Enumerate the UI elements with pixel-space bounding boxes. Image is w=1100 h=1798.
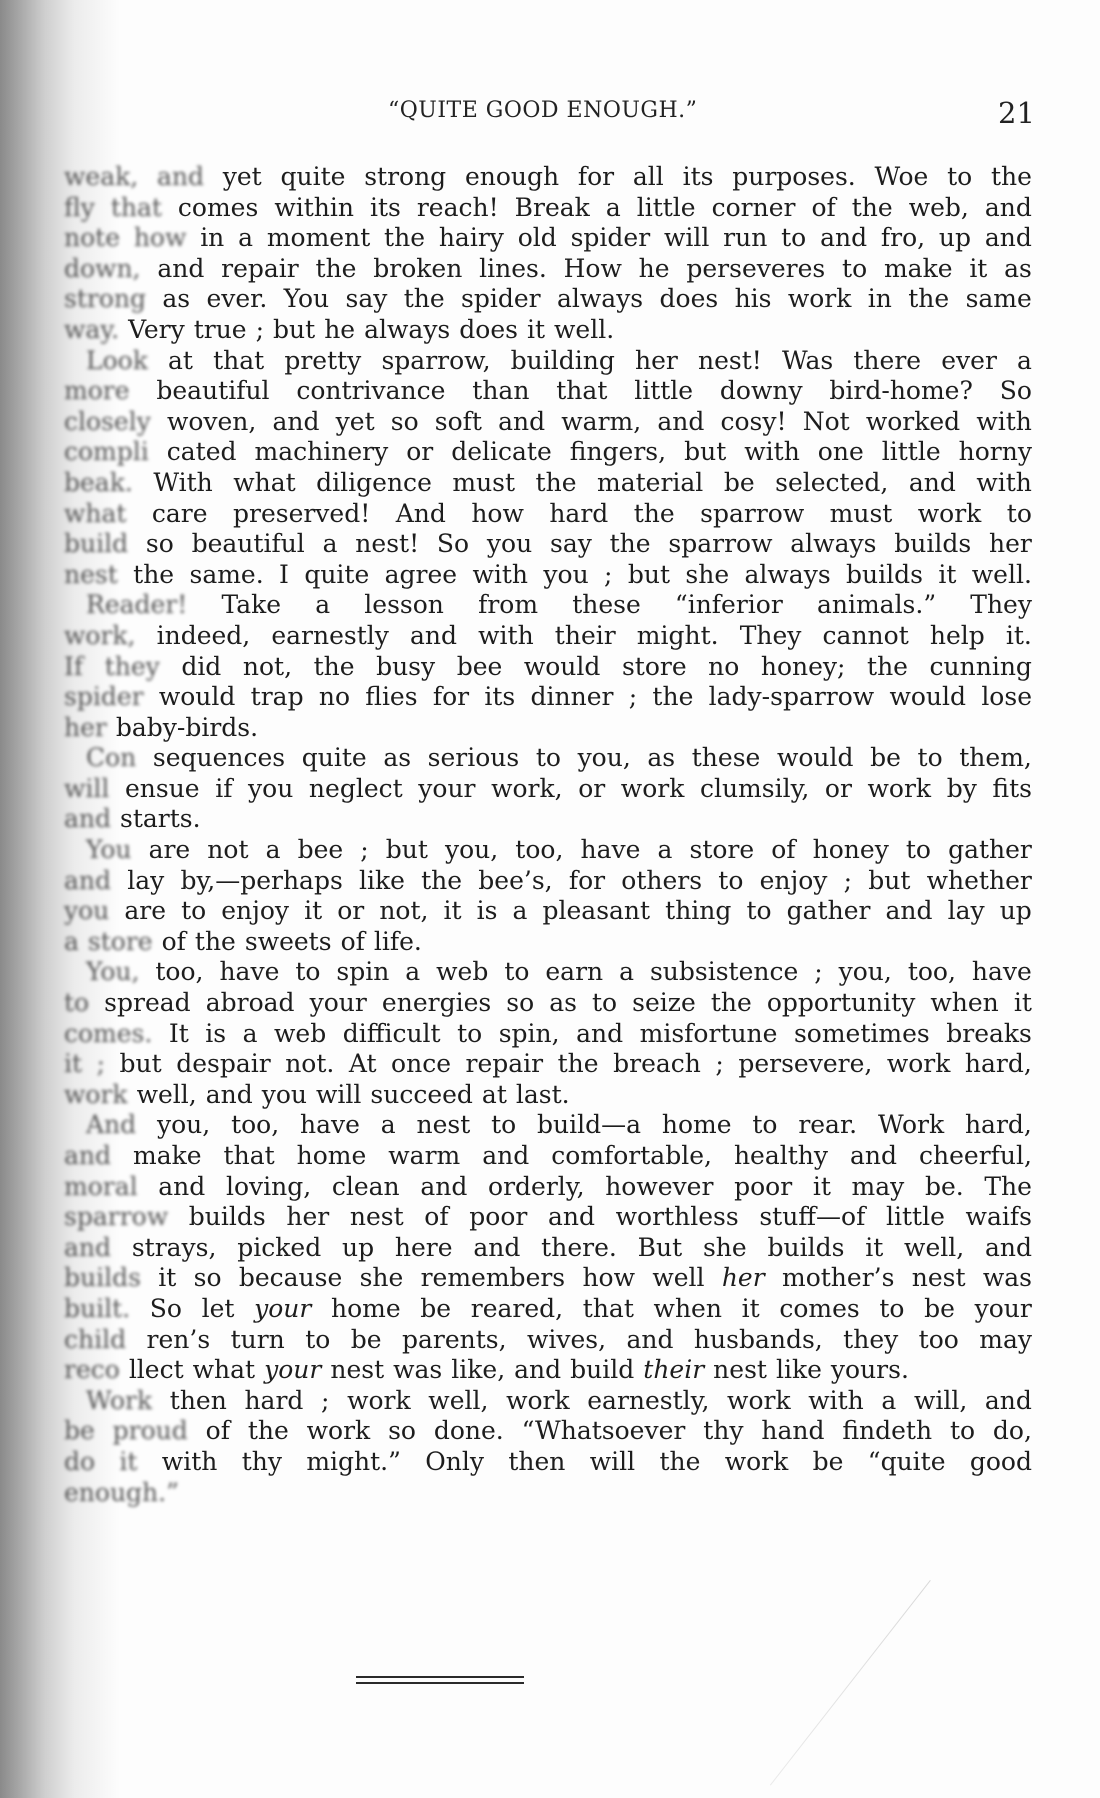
word: work, — [64, 621, 136, 652]
text-line: youaretoenjoyitornot,itisapleasantthingt… — [64, 896, 1032, 927]
word: or — [578, 774, 605, 805]
word: Look — [86, 346, 148, 377]
word: you — [262, 1080, 307, 1111]
word: within — [274, 193, 354, 224]
word: earnestly, — [587, 1386, 709, 1417]
word: lay — [948, 896, 985, 927]
word: sparrow, — [381, 346, 490, 377]
word: work — [887, 1049, 951, 1080]
text-line: Lookatthatprettysparrow,buildinghernest!… — [64, 346, 1032, 377]
word: all — [633, 162, 664, 193]
word: same — [966, 284, 1032, 315]
word: be — [420, 1294, 451, 1325]
word: it — [119, 1447, 137, 1478]
word: corner — [712, 193, 796, 224]
word: no — [319, 682, 350, 713]
word: spin, — [499, 1019, 560, 1050]
word: be — [351, 1325, 382, 1356]
text-line: herbaby-birds. — [64, 713, 1032, 744]
word: up — [342, 1233, 374, 1264]
word: a — [619, 957, 634, 988]
text-line: Iftheydidnot,thebusybeewouldstorenohoney… — [64, 652, 1032, 683]
word: too — [919, 1325, 959, 1356]
word: So — [437, 529, 469, 560]
word: comes — [178, 193, 258, 224]
word: Reader! — [86, 590, 187, 621]
word: same. — [189, 560, 263, 591]
word: that — [224, 1141, 275, 1172]
word: ; — [814, 957, 822, 988]
text-line: workwell,andyouwillsucceedatlast. — [64, 1080, 1032, 1111]
word: and — [820, 223, 867, 254]
text-line: recollectwhatyournestwaslike,andbuildthe… — [64, 1355, 1032, 1386]
word: healthy — [734, 1141, 828, 1172]
word: would — [889, 682, 966, 713]
word: she — [703, 1233, 747, 1264]
word: comes — [779, 1294, 859, 1325]
word: you, — [578, 743, 631, 774]
text-line: children’sturntobeparents,wives,andhusba… — [64, 1325, 1032, 1356]
word: building — [511, 346, 615, 377]
text-line: notehowinamomentthehairyoldspiderwillrun… — [64, 223, 1032, 254]
word: energies — [382, 988, 491, 1019]
word: once — [391, 1049, 451, 1080]
text-line: work,indeed,earnestlyandwiththeirmight.T… — [64, 621, 1032, 652]
word: material — [597, 468, 703, 499]
text-line: Andyou,too,haveanesttobuild—ahometorear.… — [64, 1110, 1032, 1141]
text-line: andmakethathomewarmandcomfortable,health… — [64, 1141, 1032, 1172]
word: Break — [515, 193, 590, 224]
word: the — [316, 254, 357, 285]
word: to — [718, 866, 743, 897]
word: ; — [844, 866, 852, 897]
word: you, — [839, 957, 892, 988]
word: Only — [425, 1447, 484, 1478]
word: it — [813, 1172, 831, 1203]
word: well, — [428, 1386, 488, 1417]
word: work — [918, 499, 982, 530]
word: have — [219, 957, 279, 988]
word: but — [628, 560, 670, 591]
word: mother’s — [782, 1263, 894, 1294]
word: to — [781, 223, 806, 254]
word: that — [556, 376, 607, 407]
text-line: comes.Itisawebdifficulttospin,andmisfort… — [64, 1019, 1032, 1050]
word: builds — [64, 1263, 141, 1294]
word: one — [818, 437, 864, 468]
word: in — [868, 284, 892, 315]
word: builds — [189, 1202, 266, 1233]
word: when — [654, 1294, 722, 1325]
word: enjoy — [221, 896, 289, 927]
word: and — [206, 1080, 253, 1111]
word: her — [989, 529, 1032, 560]
word: too, — [908, 957, 956, 988]
text-line: willensueifyouneglectyourwork,orworkclum… — [64, 774, 1032, 805]
word: the — [384, 223, 425, 254]
word: to — [295, 957, 320, 988]
word: perseveres — [686, 254, 825, 285]
word: “Whatsoever — [522, 1416, 686, 1447]
word: lines. — [479, 254, 547, 285]
word: purposes. — [732, 162, 856, 193]
paper-crease — [770, 1580, 931, 1785]
word: worked — [866, 407, 960, 438]
word: the — [852, 193, 893, 224]
word: down, — [64, 254, 141, 285]
word: always — [745, 560, 831, 591]
text-line: spiderwouldtrapnofliesforitsdinner;thela… — [64, 682, 1032, 713]
word: a — [323, 529, 338, 560]
word: it — [1014, 988, 1032, 1019]
word: like — [776, 1355, 822, 1386]
word: it — [742, 1294, 760, 1325]
word: nest — [64, 560, 118, 591]
word: built. — [64, 1294, 130, 1325]
word: bee — [298, 835, 344, 866]
word: does — [660, 284, 719, 315]
word: a — [243, 1019, 258, 1050]
word: the — [133, 560, 174, 591]
word: and — [886, 896, 933, 927]
word: from — [478, 590, 538, 621]
word: moment — [267, 223, 370, 254]
word: misfortune — [640, 1019, 778, 1050]
word: then — [508, 1447, 565, 1478]
word: like, — [451, 1355, 505, 1386]
word: Con — [86, 743, 136, 774]
text-line: doitwiththymight.”Onlythenwilltheworkbe“… — [64, 1447, 1032, 1478]
word: succeed — [370, 1080, 473, 1111]
word: and — [420, 1172, 467, 1203]
word: not. — [285, 1049, 334, 1080]
word: its — [370, 193, 401, 224]
word: child — [64, 1325, 126, 1356]
word: a — [658, 835, 673, 866]
text-line: andlayby,—perhapslikethebee’s,forotherst… — [64, 866, 1032, 897]
word: ever. — [206, 284, 267, 315]
text-line: Workthenhard;workwell,workearnestly,work… — [64, 1386, 1032, 1417]
word: the — [404, 284, 445, 315]
word: pleasant — [543, 896, 651, 927]
word: hard — [549, 499, 608, 530]
word: poor — [469, 1202, 527, 1233]
word: spider — [571, 223, 651, 254]
word: by — [947, 774, 977, 805]
word: It — [169, 1019, 189, 1050]
word: and — [498, 407, 545, 438]
word: work — [506, 1386, 570, 1417]
word: rear. — [798, 1110, 857, 1141]
word: and — [158, 1172, 205, 1203]
word: compli — [64, 437, 149, 468]
word: builds — [894, 529, 971, 560]
word: for — [569, 866, 605, 897]
word: poor — [734, 1172, 792, 1203]
word: will — [590, 1447, 635, 1478]
word: animals.” — [817, 590, 936, 621]
word: cated — [167, 437, 237, 468]
word: because — [239, 1263, 342, 1294]
word: So — [1000, 376, 1032, 407]
word: remembers — [421, 1263, 566, 1294]
word: hard — [244, 1386, 303, 1417]
text-line: closelywoven,andyetsosoftandwarm,andcosy… — [64, 407, 1032, 438]
word: at — [168, 346, 193, 377]
word: nest! — [698, 346, 762, 377]
word: persevere, — [738, 1049, 872, 1080]
word: the — [652, 682, 693, 713]
word: too, — [155, 957, 203, 988]
word: she — [360, 1263, 404, 1294]
end-ornament-double-rule — [356, 1676, 524, 1686]
word: you, — [157, 1110, 210, 1141]
word: and — [273, 407, 320, 438]
word: the — [421, 866, 462, 897]
word: and — [909, 468, 956, 499]
text-line: complicatedmachineryordelicatefingers,bu… — [64, 437, 1032, 468]
word: lesson — [364, 590, 444, 621]
word: findeth — [842, 1416, 932, 1447]
word: orderly, — [488, 1172, 585, 1203]
word: with — [808, 1386, 864, 1417]
word: are — [124, 896, 166, 927]
word: work — [788, 284, 852, 315]
word: the — [558, 1049, 599, 1080]
word: old — [518, 223, 557, 254]
word: neglect — [309, 774, 403, 805]
word: is — [205, 1019, 226, 1050]
word: beautiful — [192, 529, 305, 560]
word: how — [134, 223, 187, 254]
word: and — [64, 1233, 111, 1264]
word: of — [206, 1416, 230, 1447]
word: worthless — [616, 1202, 739, 1233]
word: but — [868, 866, 910, 897]
word: to — [906, 835, 931, 866]
word: cunning — [930, 652, 1032, 683]
word: thing — [665, 896, 731, 927]
word: when — [930, 988, 998, 1019]
word: pretty — [284, 346, 361, 377]
word: as — [162, 284, 190, 315]
word: starts. — [120, 804, 201, 835]
word: with — [976, 407, 1032, 438]
word: fits — [992, 774, 1032, 805]
word: with — [744, 437, 800, 468]
word: or — [406, 437, 433, 468]
word: will — [316, 1080, 361, 1111]
word: opportunity — [767, 988, 915, 1019]
word: serious — [428, 743, 520, 774]
word: it — [304, 896, 322, 927]
word: to — [592, 988, 617, 1019]
word: your — [264, 1355, 321, 1386]
word: to — [457, 1019, 482, 1050]
word: and — [548, 1202, 595, 1233]
word: Very — [128, 315, 185, 346]
word: a — [881, 1386, 896, 1417]
text-line: beak.Withwhatdiligencemustthematerialbes… — [64, 468, 1032, 499]
word: with — [478, 621, 534, 652]
word: or — [337, 896, 364, 927]
word: they — [843, 1325, 898, 1356]
word: of — [162, 927, 186, 958]
word: not, — [243, 652, 292, 683]
word: no — [708, 652, 739, 683]
word: to — [918, 743, 943, 774]
word: repair — [221, 254, 299, 285]
word: of — [771, 835, 795, 866]
word: diligence — [316, 468, 432, 499]
word: be. — [925, 1172, 964, 1203]
word: run — [723, 223, 767, 254]
word: be — [924, 1294, 955, 1325]
word: ; — [360, 835, 368, 866]
word: to — [746, 896, 771, 927]
word: you, — [445, 835, 498, 866]
word: sparrow — [668, 529, 772, 560]
word: the — [536, 468, 577, 499]
word: make — [884, 254, 953, 285]
word: thy — [242, 1447, 282, 1478]
word: honey — [813, 835, 889, 866]
word: and — [850, 1141, 897, 1172]
word: them, — [959, 743, 1032, 774]
word: web — [436, 957, 488, 988]
word: say — [346, 284, 388, 315]
word: enough.” — [64, 1478, 179, 1509]
word: a — [64, 927, 79, 958]
word: spread — [104, 988, 191, 1019]
word: and — [514, 1355, 561, 1386]
word: ensue — [125, 774, 200, 805]
word: is — [477, 896, 498, 927]
text-line: buildsobeautifulanest!Soyousaythesparrow… — [64, 529, 1032, 560]
word: always — [364, 315, 450, 346]
text-line: Consequencesquiteasserioustoyou,asthesew… — [64, 743, 1032, 774]
word: Woe — [875, 162, 929, 193]
word: so — [194, 1263, 222, 1294]
word: the — [195, 927, 236, 958]
word: work — [725, 1447, 789, 1478]
word: home — [662, 1110, 732, 1141]
word: bee’s, — [478, 866, 552, 897]
word: parents, — [402, 1325, 507, 1356]
page-number: 21 — [998, 96, 1035, 130]
word: the — [908, 284, 949, 315]
word: web, — [909, 193, 969, 224]
word: of — [341, 927, 365, 958]
word: their — [643, 1355, 704, 1386]
word: build — [64, 529, 128, 560]
word: to — [181, 896, 206, 927]
word: earn — [545, 957, 603, 988]
word: clean — [332, 1172, 400, 1203]
word: of — [811, 193, 835, 224]
word: as — [1004, 254, 1032, 285]
word: do, — [993, 1416, 1032, 1447]
word: like — [359, 866, 405, 897]
word: it — [938, 560, 956, 591]
word: and — [985, 1233, 1032, 1264]
word: as — [549, 988, 577, 1019]
word: sparrow — [700, 499, 804, 530]
word: ; — [629, 682, 637, 713]
word: be — [64, 1416, 95, 1447]
word: closely — [64, 407, 151, 438]
word: may — [852, 1172, 905, 1203]
word: what — [233, 468, 295, 499]
word: downy — [720, 376, 803, 407]
word: nest — [330, 1355, 384, 1386]
word: to — [947, 162, 972, 193]
word: nest! — [355, 529, 419, 560]
word: little — [882, 437, 941, 468]
word: would — [159, 682, 236, 713]
word: if — [215, 774, 232, 805]
word: but — [120, 1049, 162, 1080]
word: there — [853, 346, 921, 377]
word: would — [524, 652, 601, 683]
word: so — [146, 529, 174, 560]
rule-line-top — [356, 1676, 524, 1678]
word: and — [473, 1233, 520, 1264]
word: work — [621, 774, 685, 805]
word: your — [418, 774, 475, 805]
word: despair — [176, 1049, 270, 1080]
word: might.” — [306, 1447, 401, 1478]
word: nest — [417, 1110, 471, 1141]
word: yet — [336, 407, 375, 438]
word: picked — [237, 1233, 321, 1264]
word: baby-birds. — [116, 713, 258, 744]
word: But — [638, 1233, 683, 1264]
word: he — [324, 315, 355, 346]
word: breaks — [946, 1019, 1032, 1050]
word: these — [692, 743, 761, 774]
word: and — [157, 162, 204, 193]
word: moral — [64, 1172, 138, 1203]
word: reared, — [471, 1294, 563, 1325]
word: hard, — [965, 1110, 1032, 1141]
word: to — [950, 1416, 975, 1447]
word: If — [64, 652, 83, 683]
word: work — [307, 1416, 371, 1447]
word: How — [564, 254, 622, 285]
word: stuff—of — [759, 1202, 865, 1233]
word: well, — [137, 1080, 197, 1111]
text-line: andstrays,pickeduphereandthere.Butshebui… — [64, 1233, 1032, 1264]
word: yours. — [831, 1355, 909, 1386]
word: and — [157, 254, 204, 285]
word: little — [634, 376, 693, 407]
word: “inferior — [675, 590, 783, 621]
word: might. — [637, 621, 719, 652]
word: work — [64, 1080, 128, 1111]
word: it — [64, 1049, 82, 1080]
text-line: whatcarepreserved!Andhowhardthesparrowmu… — [64, 499, 1032, 530]
word: loving, — [226, 1172, 311, 1203]
word: fingers, — [570, 437, 666, 468]
word: And — [396, 499, 446, 530]
word: it — [527, 315, 545, 346]
word: spider — [461, 284, 541, 315]
text-line: You,too,havetospinawebtoearnasubsistence… — [64, 957, 1032, 988]
word: You — [284, 284, 329, 315]
word: well — [652, 1263, 704, 1294]
word: fro, — [881, 223, 925, 254]
